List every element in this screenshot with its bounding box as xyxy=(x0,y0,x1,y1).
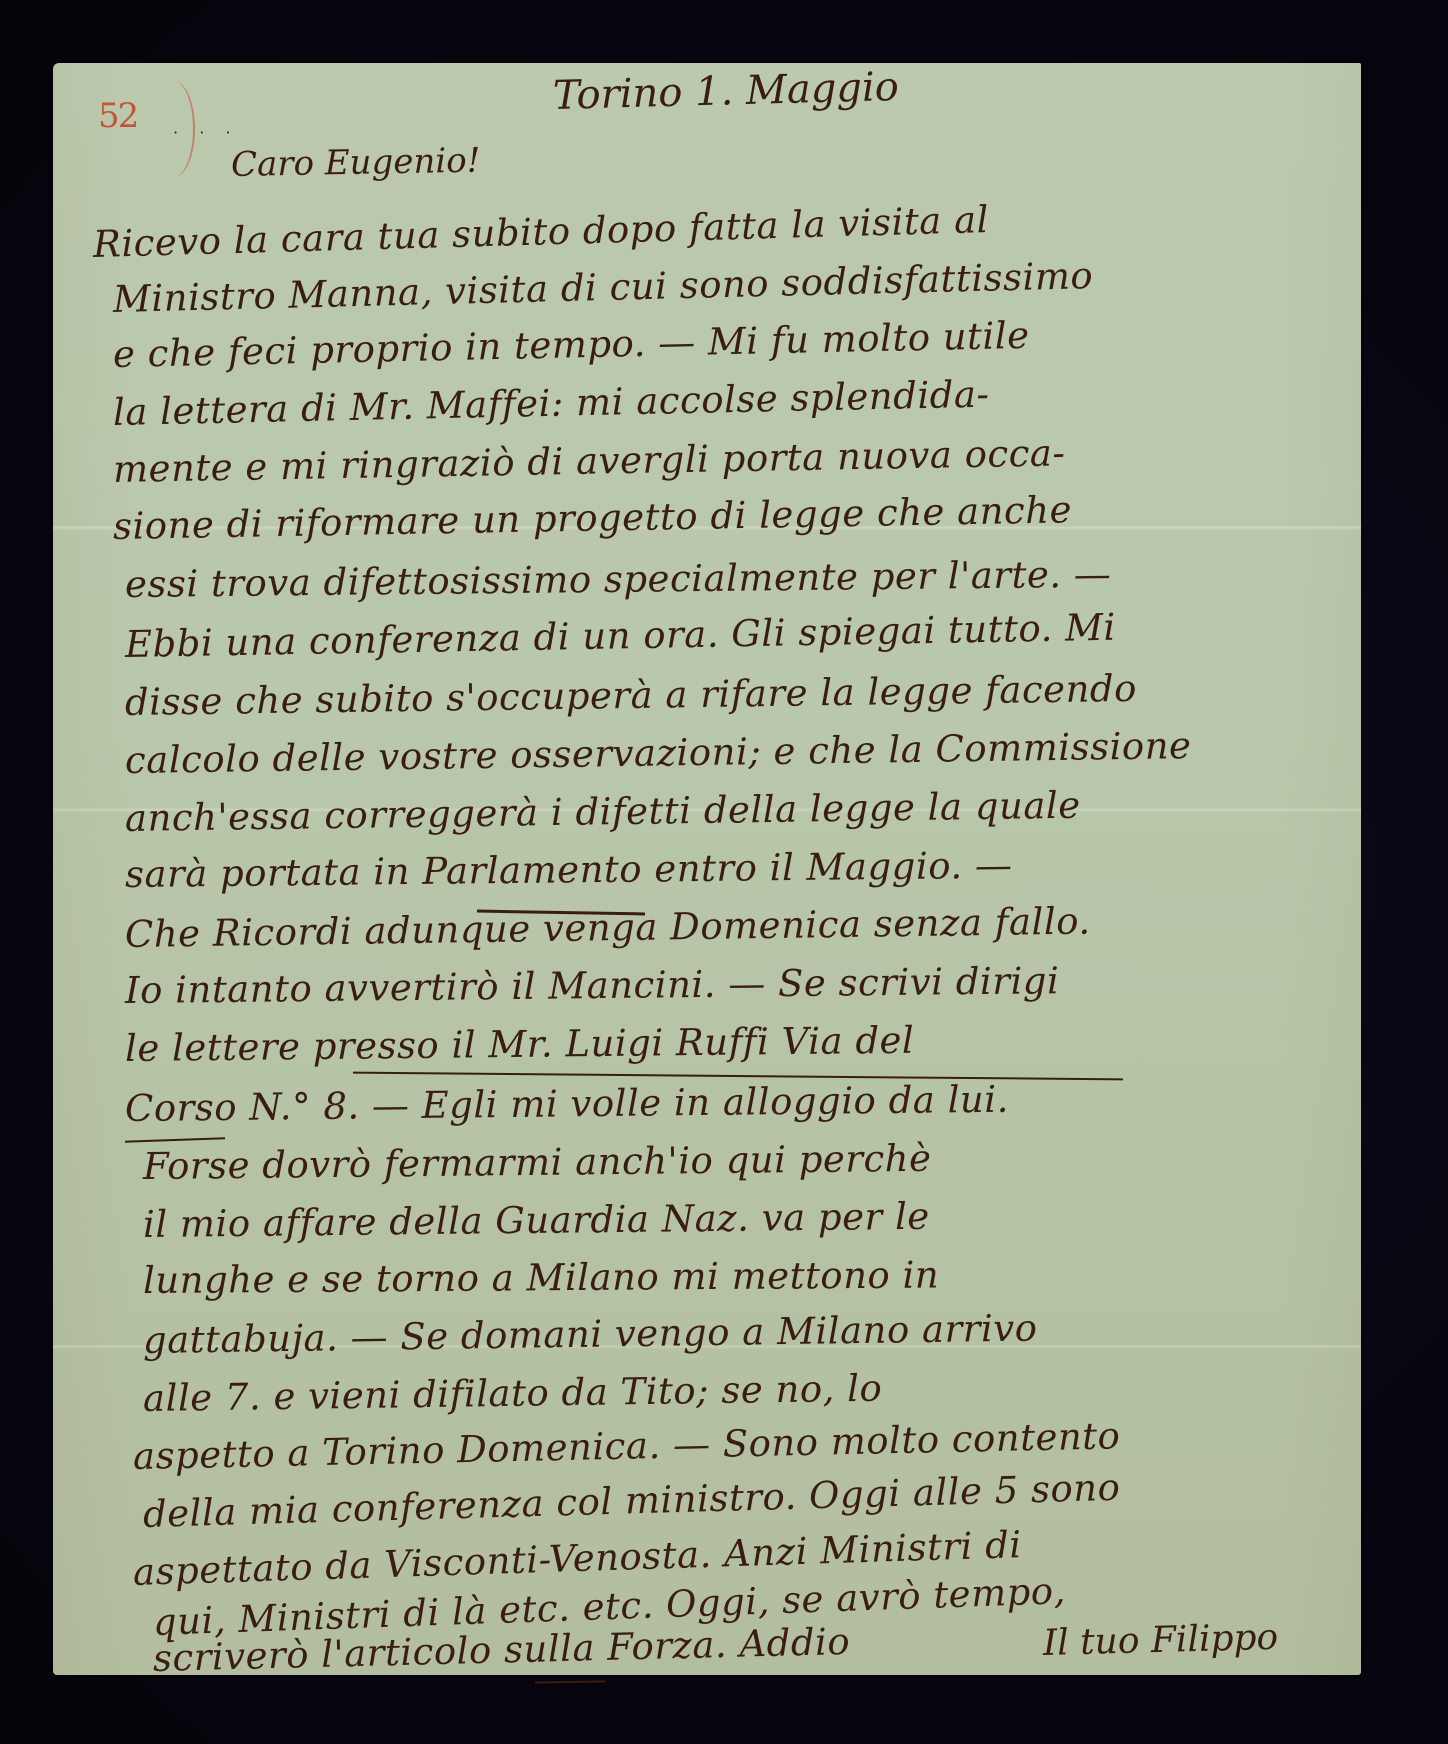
letter-line: disse che subito s'occuperà a rifare la … xyxy=(125,667,1137,724)
letter-line: Ebbi una conferenza di un ora. Gli spieg… xyxy=(125,606,1116,666)
letter-line: Ministro Manna, visita di cui sono soddi… xyxy=(112,254,1093,321)
letter-line: sarà portata in Parlamento entro il Magg… xyxy=(125,844,1013,896)
letter-line: lunghe e se torno a Milano mi mettono in xyxy=(143,1253,939,1302)
letter-line: il mio affare della Guardia Naz. va per … xyxy=(143,1195,930,1246)
letter-line: aspetto a Torino Domenica. — Sono molto … xyxy=(133,1414,1121,1478)
salutation: Caro Eugenio! xyxy=(231,141,481,185)
letter-line: gattabuja. — Se domani vengo a Milano ar… xyxy=(143,1307,1038,1362)
letter-line: essi trova difettosissimo specialmente p… xyxy=(125,553,1112,606)
letter-line: anch'essa correggerà i difetti della leg… xyxy=(125,784,1081,840)
underline-forza xyxy=(535,1680,605,1683)
letter-line: sione di riformare un progetto di legge … xyxy=(113,488,1073,548)
place-date-heading: Torino 1. Maggio xyxy=(552,64,899,119)
scan-background: 52 ⋅ ⋅ ⋅ Torino 1. Maggio Caro Eugenio! … xyxy=(0,0,1448,1744)
letter-sheet: 52 ⋅ ⋅ ⋅ Torino 1. Maggio Caro Eugenio! … xyxy=(53,63,1361,1675)
underline-corso xyxy=(125,1137,225,1142)
letter-line: calcolo delle vostre osservazioni; e che… xyxy=(125,724,1192,782)
letter-line: Corso N.° 8. — Egli mi volle in alloggio… xyxy=(125,1078,1009,1130)
letter-line: le lettere presso il Mr. Luigi Ruffi Via… xyxy=(125,1019,915,1070)
letter-line: mente e mi ringraziò di avergli porta nu… xyxy=(113,431,1066,491)
letter-line: Ricevo la cara tua subito dopo fatta la … xyxy=(92,198,989,266)
letter-line: Io intanto avvertirò il Mancini. — Se sc… xyxy=(125,959,1060,1012)
closing-signature: Il tuo Filippo xyxy=(1042,1617,1278,1664)
letter-line: Che Ricordi adunque venga Domenica senza… xyxy=(125,900,1091,956)
letter-line: e che feci proprio in tempo. — Mi fu mol… xyxy=(113,314,1030,376)
ink-specks: ⋅ ⋅ ⋅ xyxy=(173,123,238,142)
letter-line: alle 7. e vieni difilato da Tito; se no,… xyxy=(143,1367,883,1420)
letter-line-text: sarà portata in Parlamento entro il Magg… xyxy=(125,844,1013,896)
letter-line: la lettera di Mr. Maffei: mi accolse spl… xyxy=(113,373,990,434)
letter-line: Forse dovrò fermarmi anch'io qui perchè xyxy=(143,1137,932,1188)
folio-number: 52 xyxy=(98,96,137,136)
letter-line-text: disse che subito s'occuperà a rifare la … xyxy=(125,667,1137,724)
